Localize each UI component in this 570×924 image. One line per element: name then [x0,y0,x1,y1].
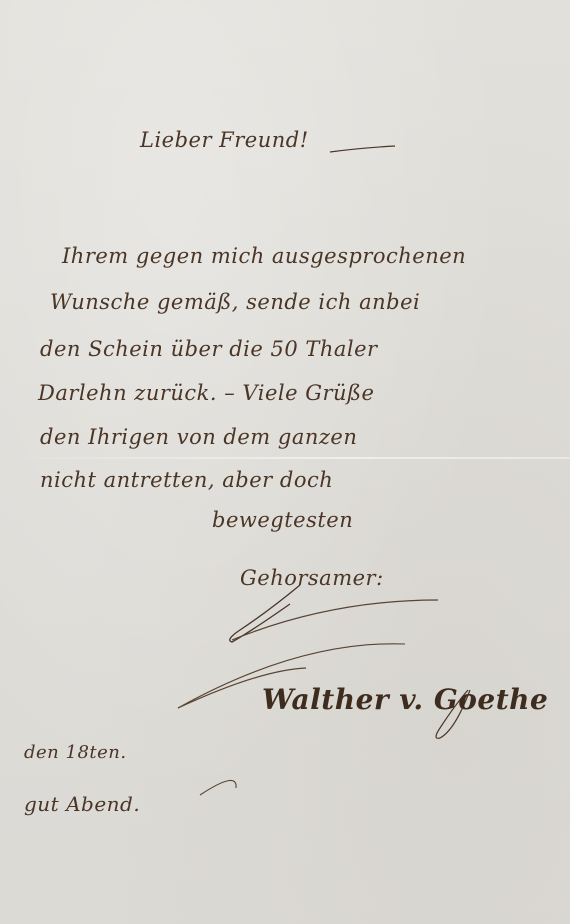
letter-page: Lieber Freund! Ihrem gegen mich ausgespr… [0,0,570,924]
letter-body-line: Wunsche gemäß, sende ich anbei [50,290,420,314]
letter-salutation: Lieber Freund! [140,128,309,152]
letter-body-line: Ihrem gegen mich ausgesprochenen [62,244,466,268]
letter-body-line: Darlehn zurück. – Viele Grüße [38,381,374,405]
letter-signature: Walther v. Goethe [262,683,548,716]
letter-body-line: nicht antretten, aber doch [40,468,333,492]
letter-body-line: bewegtesten [212,508,353,532]
letter-postscript: gut Abend. [24,792,140,816]
letter-body-line: den Schein über die 50 Thaler [40,337,378,361]
letter-date: den 18ten. [24,742,127,763]
letter-closing: Gehorsamer: [240,566,384,590]
paper-fold-crease [0,457,570,459]
letter-body-line: den Ihrigen von dem ganzen [40,425,357,449]
